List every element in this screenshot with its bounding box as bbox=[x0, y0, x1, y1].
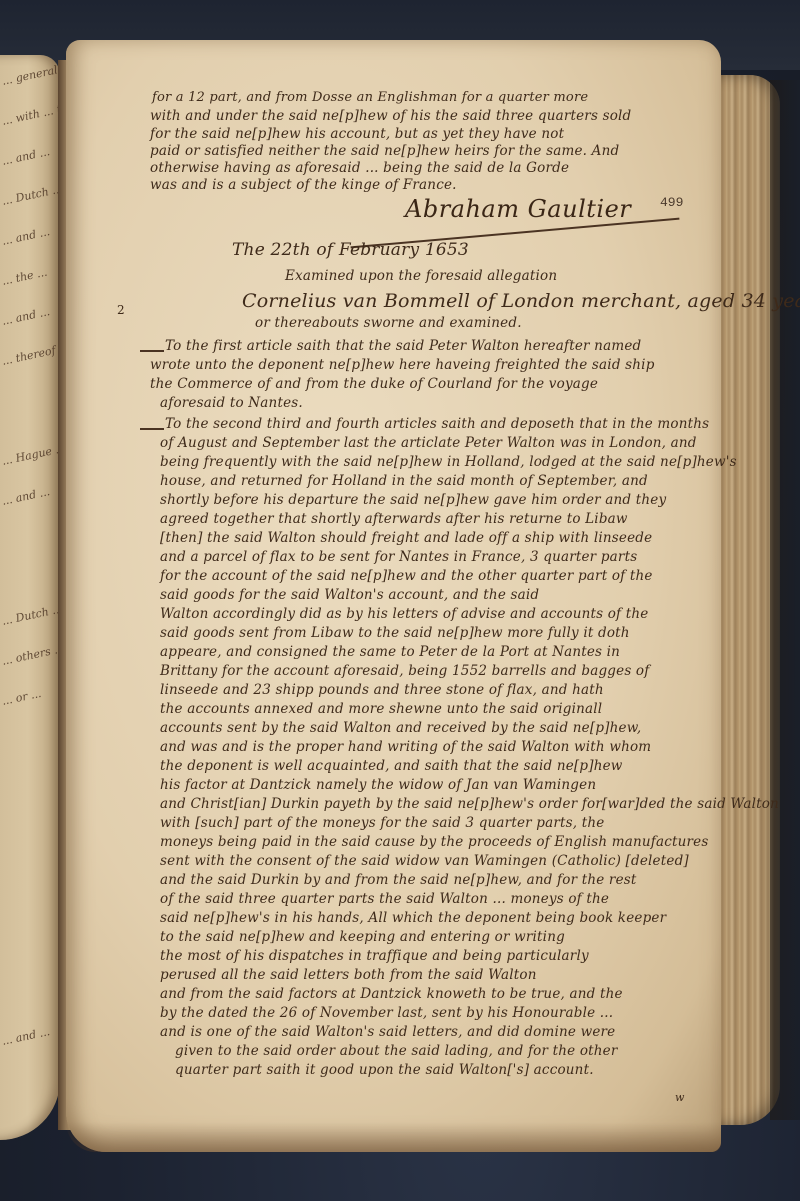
text-line: otherwise having as aforesaid ... being … bbox=[150, 160, 569, 176]
text-line: was and is a subject of the kinge of Fra… bbox=[150, 177, 457, 193]
entry-note: Examined upon the foresaid allegation bbox=[285, 268, 557, 284]
text-line: the accounts annexed and more shewne unt… bbox=[160, 701, 602, 717]
left-page-line: ... and ... bbox=[1, 225, 51, 247]
text-line: said ne[p]hew's in his hands, All which … bbox=[160, 910, 666, 926]
left-page-line: ... Dutch ... bbox=[1, 182, 60, 207]
text-line: paid or satisfied neither the said ne[p]… bbox=[150, 143, 619, 159]
text-line: his factor at Dantzick namely the widow … bbox=[160, 777, 596, 793]
catchword: w bbox=[675, 1091, 684, 1104]
left-page-line: ... thereof bbox=[1, 344, 57, 367]
text-line: for a 12 part, and from Dosse an English… bbox=[152, 90, 588, 105]
text-line: aforesaid to Nantes. bbox=[160, 395, 303, 411]
text-line: agreed together that shortly afterwards … bbox=[160, 511, 628, 527]
left-page-line: ... with ... their bbox=[1, 98, 60, 127]
text-line: the most of his dispatches in traffique … bbox=[160, 948, 589, 964]
article-rule bbox=[140, 350, 164, 352]
text-line: and Christ[ian] Durkin payeth by the sai… bbox=[160, 796, 779, 812]
text-line: perused all the said letters both from t… bbox=[160, 967, 537, 983]
text-line: and a parcel of flax to be sent for Nant… bbox=[160, 549, 637, 565]
deponent-name: Cornelius van Bommell of London merchant… bbox=[242, 290, 800, 312]
margin-number: 2 bbox=[117, 303, 125, 317]
text-line: quarter part saith it good upon the said… bbox=[175, 1062, 594, 1078]
left-page-line: ... the ... bbox=[1, 266, 48, 287]
fore-edge-shadow bbox=[770, 80, 800, 1120]
deponent-sworn: or thereabouts sworne and examined. bbox=[255, 315, 522, 331]
text-line: said goods sent from Libaw to the said n… bbox=[160, 625, 630, 641]
text-line: [then] the said Walton should freight an… bbox=[160, 530, 652, 546]
text-line: appeare, and consigned the same to Peter… bbox=[160, 644, 620, 660]
text-line: being frequently with the said ne[p]hew … bbox=[160, 454, 737, 470]
text-line: and is one of the said Walton's said let… bbox=[160, 1024, 615, 1040]
text-line: linseede and 23 shipp pounds and three s… bbox=[160, 682, 604, 698]
text-line: said goods for the said Walton's account… bbox=[160, 587, 539, 603]
left-page-line: ... and ... bbox=[1, 1025, 51, 1047]
text-line: of the said three quarter parts the said… bbox=[160, 891, 609, 907]
text-line: house, and returned for Holland in the s… bbox=[160, 473, 648, 489]
text-line: to the said ne[p]hew and keeping and ent… bbox=[160, 929, 565, 945]
text-line: with and under the said ne[p]hew of his … bbox=[150, 108, 631, 124]
text-line: and from the said factors at Dantzick kn… bbox=[160, 986, 623, 1002]
text-line: Walton accordingly did as by his letters… bbox=[160, 606, 648, 622]
entry-date: The 22th of February 1653 bbox=[232, 240, 469, 260]
left-page-line: ... generally bbox=[1, 61, 60, 87]
text-line: the Commerce of and from the duke of Cou… bbox=[150, 376, 598, 392]
text-line: given to the said order about the said l… bbox=[175, 1043, 618, 1059]
text-line: moneys being paid in the said cause by t… bbox=[160, 834, 709, 850]
text-line: with [such] part of the moneys for the s… bbox=[160, 815, 604, 831]
left-page-line: ... Hague ... bbox=[1, 442, 60, 467]
text-line: by the dated the 26 of November last, se… bbox=[160, 1005, 613, 1021]
text-line: for the account of the said ne[p]hew and… bbox=[160, 568, 653, 584]
text-line: the deponent is well acquainted, and sai… bbox=[160, 758, 623, 774]
left-page-line: ... and ... bbox=[1, 305, 51, 327]
text-line: Brittany for the account aforesaid, bein… bbox=[160, 663, 649, 679]
text-line: for the said ne[p]hew his account, but a… bbox=[150, 126, 564, 142]
text-line: To the second third and fourth articles … bbox=[165, 416, 709, 432]
text-line: To the first article saith that the said… bbox=[165, 338, 641, 354]
folio-number: 499 bbox=[660, 195, 683, 210]
signature: Abraham Gaultier bbox=[405, 195, 631, 223]
article-rule bbox=[140, 428, 164, 430]
left-page-line: ... and ... bbox=[1, 485, 51, 507]
text-line: wrote unto the deponent ne[p]hew here ha… bbox=[150, 357, 655, 373]
text-line: shortly before his departure the said ne… bbox=[160, 492, 666, 508]
left-page: ... generally ... with ... their ... and… bbox=[0, 55, 60, 1140]
left-page-line: ... and ... bbox=[1, 145, 51, 167]
left-page-line: ... or ... bbox=[1, 687, 42, 707]
left-page-line: ... others ... bbox=[1, 642, 60, 667]
text-line: and was and is the proper hand writing o… bbox=[160, 739, 651, 755]
text-line: of August and September last the articla… bbox=[160, 435, 697, 451]
text-line: sent with the consent of the said widow … bbox=[160, 853, 689, 869]
text-line: accounts sent by the said Walton and rec… bbox=[160, 720, 641, 736]
left-page-line: ... Dutch ... bbox=[1, 602, 60, 627]
text-line: and the said Durkin by and from the said… bbox=[160, 872, 637, 888]
